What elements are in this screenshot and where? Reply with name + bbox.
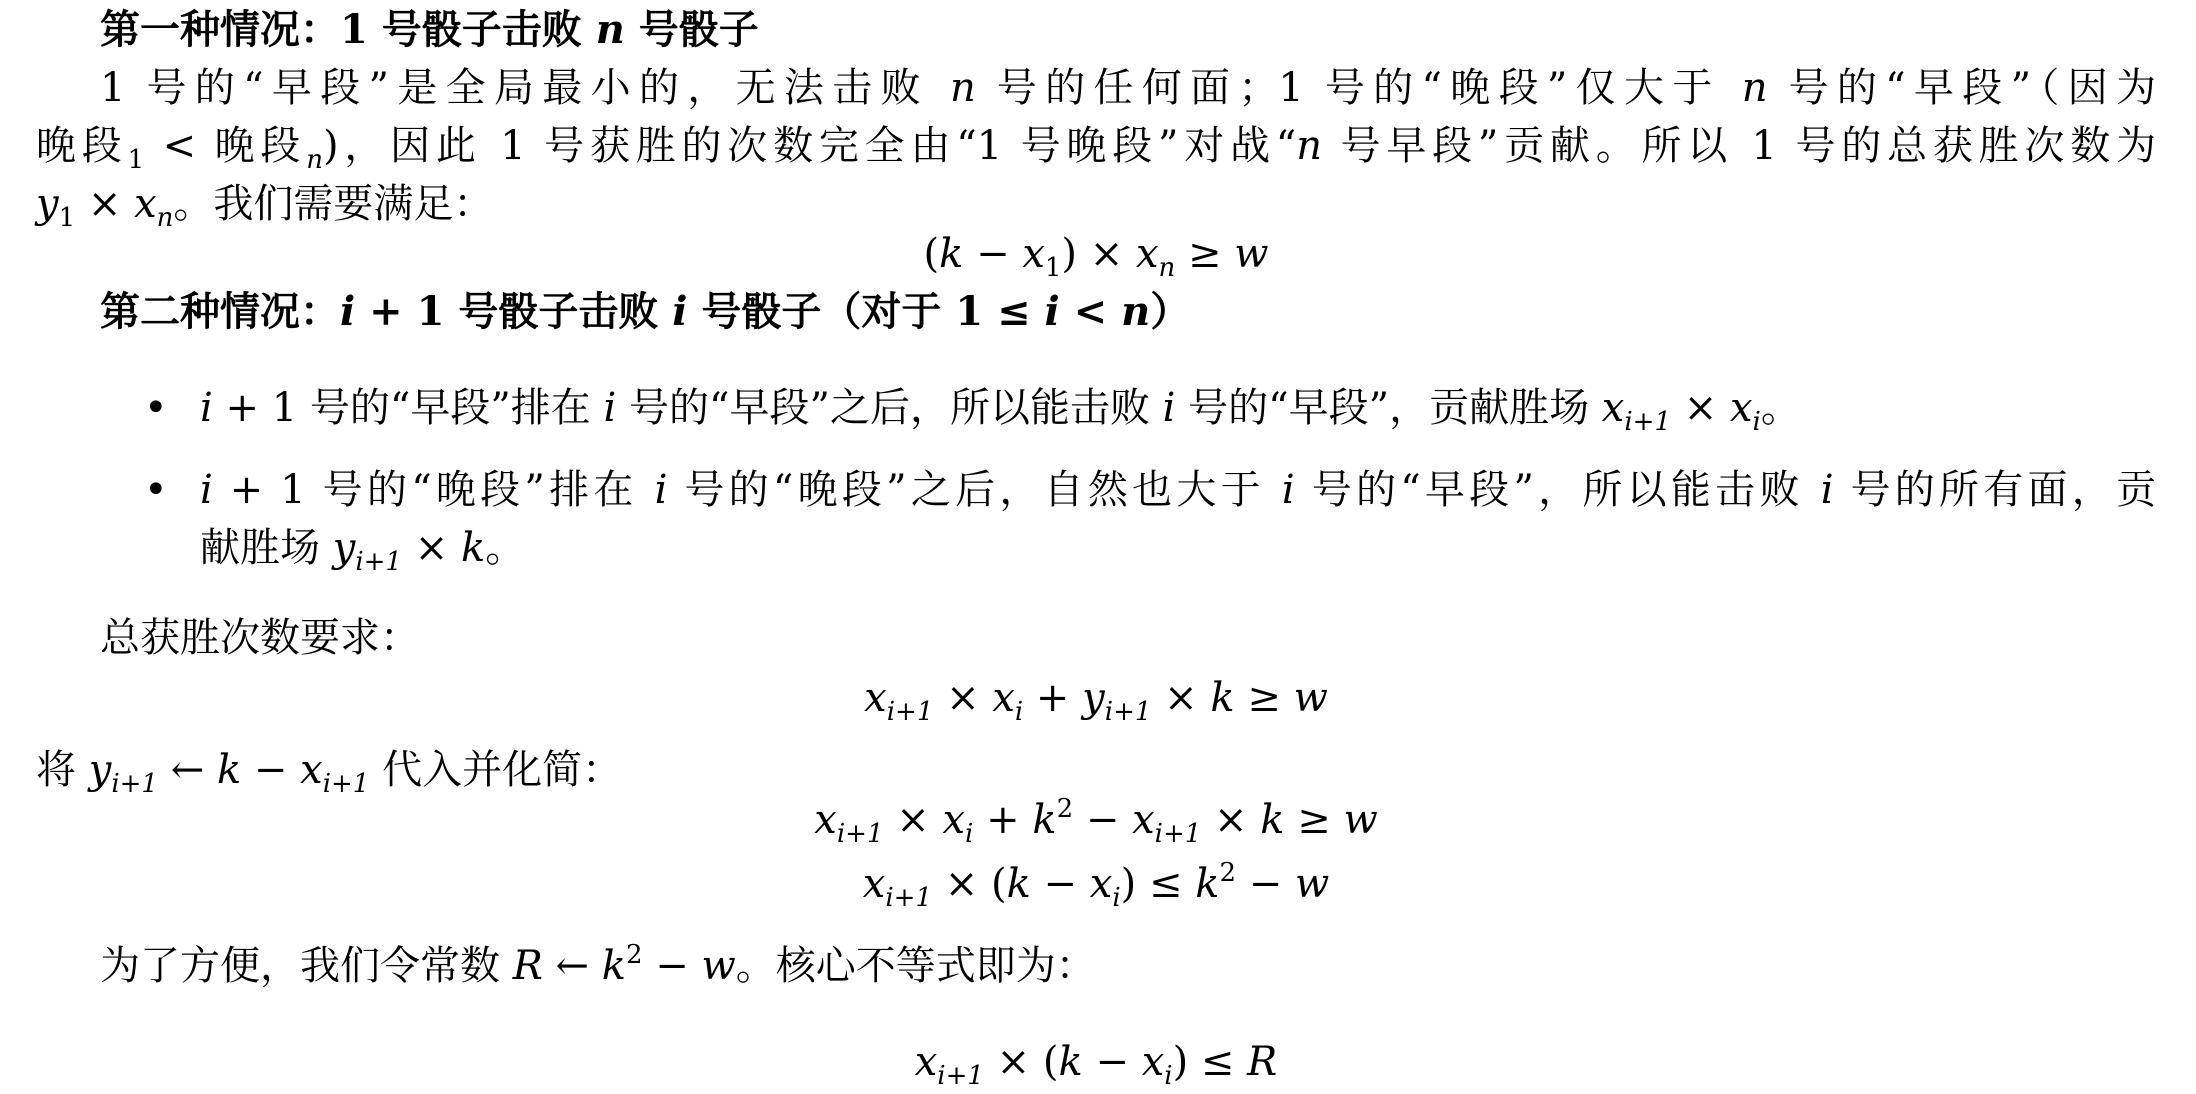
math-run: i [672,288,687,335]
math-run: i [1163,385,1176,431]
math-run: i+1 [937,1061,984,1091]
math-run: R [513,943,543,989]
text-run: 号骰子 [625,6,759,53]
math-run: x [863,861,886,907]
text-run: 号的“早段”（因为 [1767,65,2156,111]
text-run: 献胜场 [200,525,333,571]
text-run: × [933,675,992,721]
formula-core-inequality: xi+1 × (k − xi) ≤ R [36,1036,2156,1088]
text-run: 号的“早段”，所以能击败 [1295,467,1821,513]
text-run: 代入并化简： [369,747,622,793]
text-run: 1 [1045,253,1062,283]
text-run: × [1151,675,1210,721]
math-run: n [596,6,625,53]
text-run: × ( [984,1039,1059,1085]
math-run: x [134,181,157,227]
math-run: x [864,675,887,721]
text-run: × [75,181,134,227]
text-run: 将 [36,747,89,793]
label-substitute-simplify: 将 yi+1 ← k − xi+1 代入并化简： [36,744,622,796]
text-run: 为了方便，我们令常数 [100,943,513,989]
math-run: x [1142,1039,1165,1085]
text-run: )，因此 1 号获胜的次数完全由“1 号晚段”对战“ [323,123,1296,169]
math-run: n [1742,65,1768,111]
math-run: n [1296,123,1322,169]
label-define-R: 为了方便，我们令常数 R ← k2 − w。核心不等式即为： [100,940,1096,992]
text-run: + [1023,675,1082,721]
text-run: ≥ [1284,797,1343,843]
text-run: ( [924,231,940,277]
math-run: R [1247,1039,1277,1085]
math-run: i [604,385,617,431]
bullet-icon: • [144,382,168,434]
math-run: i [1753,407,1761,437]
math-run: i+1 [1624,407,1671,437]
text-run: 。 [1761,385,1801,431]
math-run: k [1032,797,1056,843]
math-run: w [1343,797,1377,843]
text-run: ← [158,747,217,793]
math-run: k [1007,861,1031,907]
text-run: + 1 号的“早段”排在 [213,385,604,431]
math-run: i+1 [1105,697,1152,727]
label-total-wins-requirement: 总获胜次数要求： [100,612,420,664]
text-run: − [1083,1039,1142,1085]
text-run: ← [543,943,602,989]
math-run: x [915,1039,938,1085]
para-case1-line-2: 晚段1 < 晚段n)，因此 1 号获胜的次数完全由“1 号晚段”对战“n 号早段… [36,120,2156,172]
bullet-item-2-line-1: i + 1 号的“晚段”排在 i 号的“晚段”之后，自然也大于 i 号的“早段”… [200,464,2156,516]
formula-case1: (k − x1) × xn ≥ w [36,228,2156,280]
math-run: y [1082,675,1105,721]
math-run: k [939,231,963,277]
text-run: 号的“早段”之后，所以能击败 [616,385,1162,431]
text-run: − [963,231,1022,277]
math-run: w [1294,675,1328,721]
math-run: n [950,65,976,111]
math-run: n [306,145,323,175]
text-run: 2 [1219,858,1236,888]
math-run: k [1195,861,1219,907]
math-run: i+1 [837,819,884,849]
math-run: i [1112,883,1120,913]
text-run: − [241,747,300,793]
math-run: i+1 [887,697,934,727]
math-run: x [300,747,323,793]
math-run: w [702,943,736,989]
text-run: + [973,797,1032,843]
text-run: ) ≤ [1173,1039,1248,1085]
text-run: 号的“晚段”之后，自然也大于 [667,467,1281,513]
math-run: x [992,675,1015,721]
heading-case-2: 第二种情况：i + 1 号骰子击败 i 号骰子（对于 1 ≤ i < n） [100,286,1190,338]
text-run: × ( [932,861,1007,907]
math-run: x [1022,231,1045,277]
text-run: × [1201,797,1260,843]
document-page: 第一种情况：1 号骰子击败 n 号骰子 1 号的“早段”是全局最小的，无法击败 … [0,0,2196,1094]
text-run: 号的任何面；1 号的“晚段”仅大于 [976,65,1742,111]
text-run: 号的所有面，贡 [1833,467,2156,513]
math-run: x [1602,385,1625,431]
math-run: k [1210,675,1234,721]
formula-substituted: xi+1 × xi + k2 − xi+1 × k ≥ w [36,794,2156,846]
math-run: x [814,797,837,843]
text-run: 2 [626,940,643,970]
text-run: ≥ [1175,231,1234,277]
text-run: ) × [1061,231,1136,277]
text-run: 1 号的“早段”是全局最小的，无法击败 [100,65,950,111]
text-run: ) ≤ [1121,861,1196,907]
math-run: i [1015,697,1023,727]
para-case1-line-1: 1 号的“早段”是全局最小的，无法击败 n 号的任何面；1 号的“晚段”仅大于 … [36,62,2156,114]
text-run: × [402,525,461,571]
math-run: k [602,943,626,989]
math-run: i [1282,467,1295,513]
text-run: 。我们需要满足： [173,181,493,227]
para-case1-line-3: y1 × xn。我们需要满足： [36,178,493,230]
math-run: i [655,467,668,513]
math-run: n [1121,288,1150,335]
text-run: 号骰子（对于 1 ≤ [687,288,1044,335]
math-run: w [1234,231,1268,277]
math-run: i+1 [1155,819,1202,849]
text-run: 晚段 [36,123,128,169]
text-run: 。核心不等式即为： [736,943,1096,989]
bullet-icon: • [144,464,168,516]
text-run: ≥ [1235,675,1294,721]
math-run: i [340,288,355,335]
text-run: < [1060,288,1121,335]
math-run: k [461,525,485,571]
text-run: − [1236,861,1295,907]
math-run: k [1059,1039,1083,1085]
math-run: x [942,797,965,843]
text-run: 1 [128,145,145,175]
bullet-item-1: i + 1 号的“早段”排在 i 号的“早段”之后，所以能击败 i 号的“早段”… [200,382,1801,434]
text-run: 2 [1057,794,1074,824]
math-run: i [1821,467,1834,513]
text-run: + 1 号骰子击败 [355,288,672,335]
math-run: x [1132,797,1155,843]
math-run: i [1045,288,1060,335]
math-run: w [1295,861,1329,907]
text-run: < 晚段 [144,123,306,169]
text-run: 第二种情况： [100,288,340,335]
text-run: 号的“早段”，贡献胜场 [1175,385,1601,431]
heading-case-1: 第一种情况：1 号骰子击败 n 号骰子 [100,4,759,56]
bullet-item-2-line-2: 献胜场 yi+1 × k。 [200,522,525,574]
math-run: x [1136,231,1159,277]
math-run: i [1164,1061,1172,1091]
formula-total-wins: xi+1 × xi + yi+1 × k ≥ w [36,672,2156,724]
text-run: − [643,943,702,989]
math-run: i [200,467,213,513]
math-run: k [1260,797,1284,843]
math-run: i [200,385,213,431]
text-run: × [884,797,943,843]
math-run: i+1 [885,883,932,913]
formula-rearranged: xi+1 × (k − xi) ≤ k2 − w [36,858,2156,910]
math-run: x [1090,861,1113,907]
text-run: × [1671,385,1730,431]
text-run: 。 [485,525,525,571]
math-run: y [89,747,112,793]
math-run: y [36,181,59,227]
text-run: 总获胜次数要求： [100,615,420,661]
math-run: n [1159,253,1176,283]
text-run: 第一种情况：1 号骰子击败 [100,6,596,53]
math-run: k [217,747,241,793]
math-run: y [333,525,356,571]
math-run: i+1 [355,547,402,577]
text-run: − [1031,861,1090,907]
text-run: − [1073,797,1132,843]
text-run: ） [1150,288,1190,335]
text-run: 号早段”贡献。所以 1 号的总获胜次数为 [1322,123,2156,169]
math-run: x [1730,385,1753,431]
text-run: + 1 号的“晚段”排在 [213,467,655,513]
